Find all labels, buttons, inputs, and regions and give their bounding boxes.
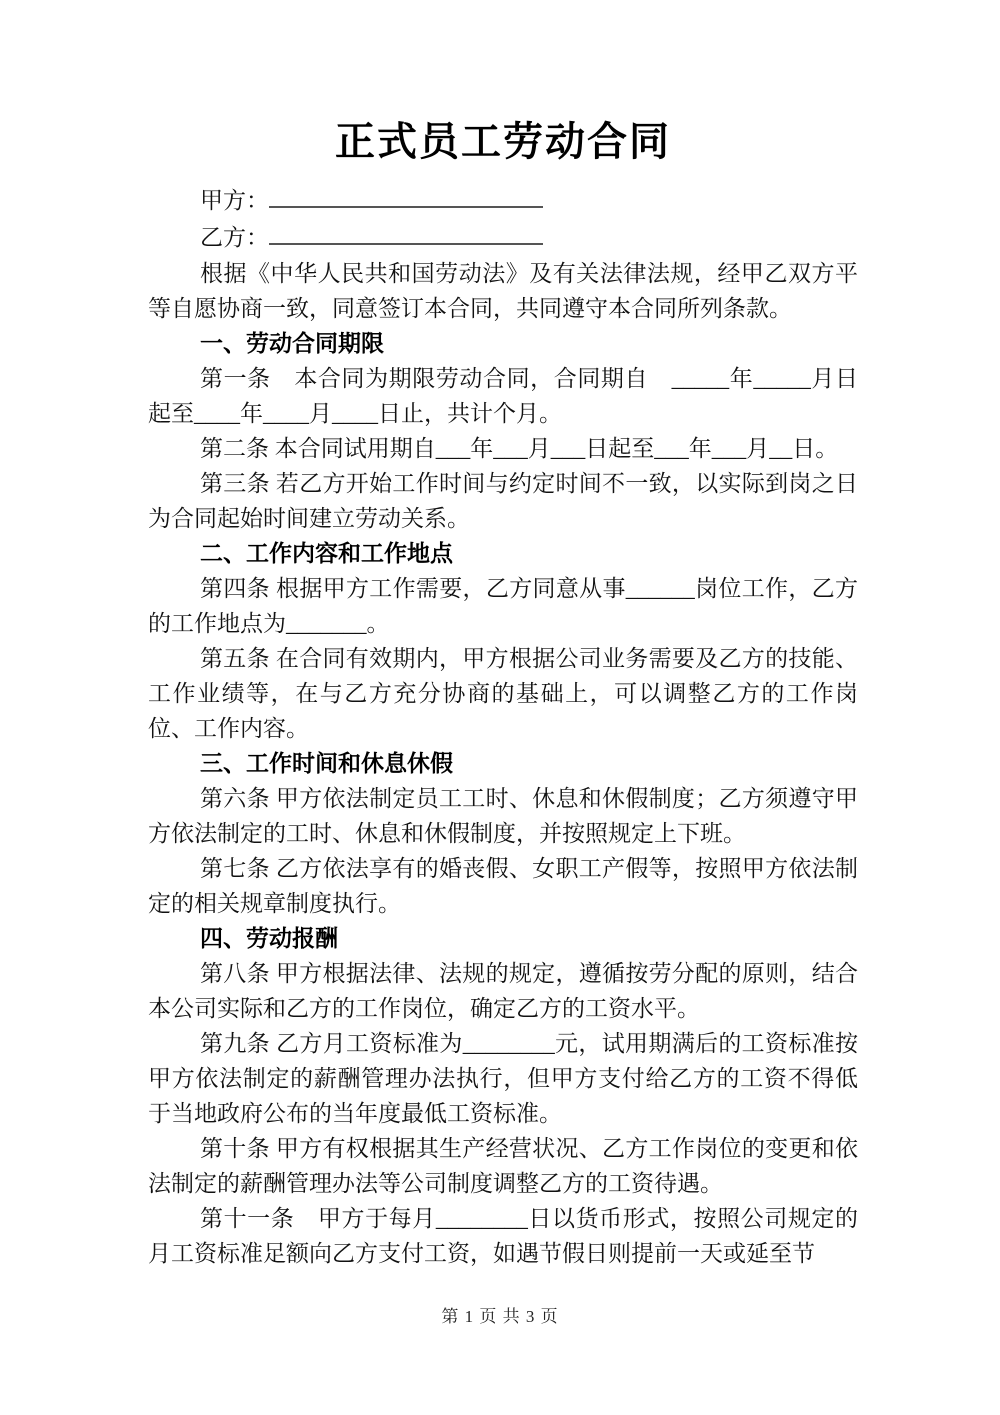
page-title: 正式员工劳动合同 xyxy=(148,112,858,172)
party-a-blank-line xyxy=(269,184,543,208)
clause-1: 第一条 本合同为期限劳动合同，合同期自 _____年_____月日起至____年… xyxy=(148,361,858,431)
document-content: 正式员工劳动合同 甲方： 乙方： 根据《中华人民共和国劳动法》及有关法律法规，经… xyxy=(148,112,858,1271)
party-b-row: 乙方： xyxy=(200,219,858,256)
contract-body: 根据《中华人民共和国劳动法》及有关法律法规，经甲乙双方平等自愿协商一致，同意签订… xyxy=(148,256,858,1271)
section-heading-3: 三、工作时间和休息休假 xyxy=(148,746,858,781)
clause-11: 第十一条 甲方于每月________日以货币形式，按照公司规定的月工资标准足额向… xyxy=(148,1201,858,1271)
clause-2: 第二条 本合同试用期自___年___月___日起至___年___月__日。 xyxy=(148,431,858,466)
clause-5: 第五条 在合同有效期内，甲方根据公司业务需要及乙方的技能、工作业绩等，在与乙方充… xyxy=(148,641,858,746)
clause-9: 第九条 乙方月工资标准为________元，试用期满后的工资标准按甲方依法制定的… xyxy=(148,1026,858,1131)
section-heading-2: 二、工作内容和工作地点 xyxy=(148,536,858,571)
clause-7: 第七条 乙方依法享有的婚丧假、女职工产假等，按照甲方依法制定的相关规章制度执行。 xyxy=(148,851,858,921)
party-a-row: 甲方： xyxy=(200,182,858,219)
clause-8: 第八条 甲方根据法律、法规的规定，遵循按劳分配的原则，结合本公司实际和乙方的工作… xyxy=(148,956,858,1026)
clause-6: 第六条 甲方依法制定员工工时、休息和休假制度；乙方须遵守甲方依法制定的工时、休息… xyxy=(148,781,858,851)
clause-4: 第四条 根据甲方工作需要，乙方同意从事______岗位工作，乙方的工作地点为__… xyxy=(148,571,858,641)
intro-paragraph: 根据《中华人民共和国劳动法》及有关法律法规，经甲乙双方平等自愿协商一致，同意签订… xyxy=(148,256,858,326)
party-a-label: 甲方： xyxy=(200,182,269,219)
party-b-blank-line xyxy=(269,221,543,245)
section-heading-4: 四、劳动报酬 xyxy=(148,921,858,956)
page-number-footer: 第 1 页 共 3 页 xyxy=(0,1302,1000,1327)
clause-10: 第十条 甲方有权根据其生产经营状况、乙方工作岗位的变更和依法制定的薪酬管理办法等… xyxy=(148,1131,858,1201)
document-page: 正式员工劳动合同 甲方： 乙方： 根据《中华人民共和国劳动法》及有关法律法规，经… xyxy=(0,0,1000,1415)
section-heading-1: 一、劳动合同期限 xyxy=(148,326,858,361)
party-b-label: 乙方： xyxy=(200,219,269,256)
clause-3: 第三条 若乙方开始工作时间与约定时间不一致，以实际到岗之日为合同起始时间建立劳动… xyxy=(148,466,858,536)
